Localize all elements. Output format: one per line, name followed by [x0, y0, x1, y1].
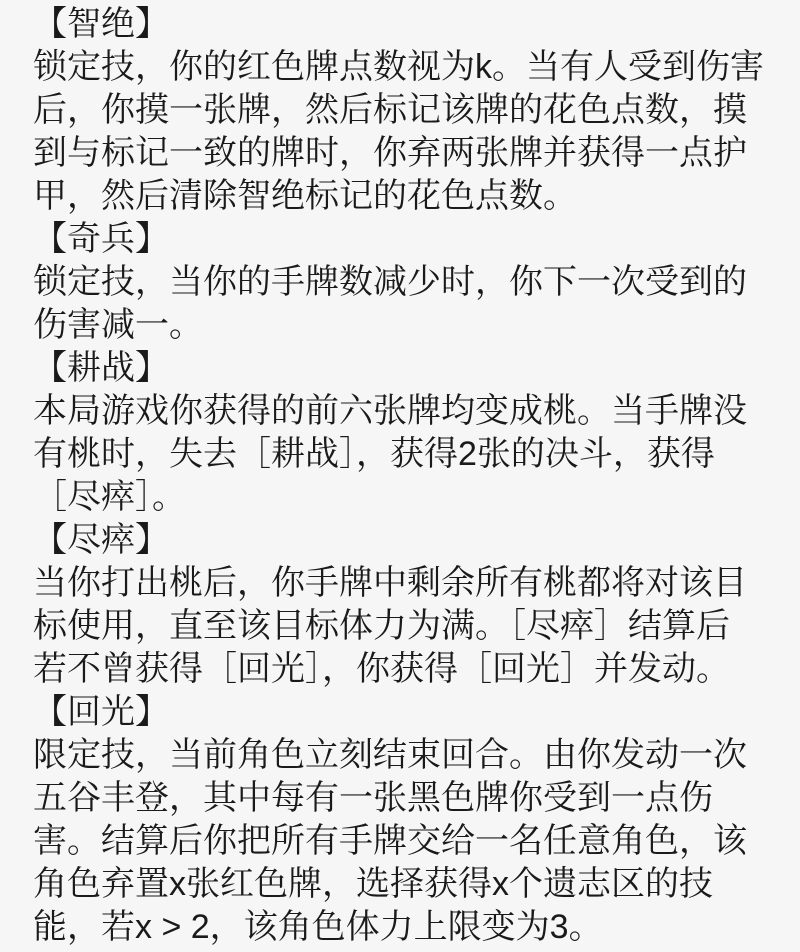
skill-title: 【奇兵】 [33, 218, 774, 261]
text-line: 伤害减一。 [33, 304, 774, 347]
text-line: 角色弃置x张红色牌，选择获得x个遗志区的技 [33, 863, 774, 906]
skill-title: 【智绝】 [33, 3, 774, 46]
text-line: 能，若x > 2，该角色体力上限变为3。 [33, 906, 774, 949]
skill-title: 【尽瘁】 [33, 519, 774, 562]
skill-section-zhijue: 【智绝】 锁定技，你的红色牌点数视为k。当有人受到伤害 后，你摸一张牌，然后标记… [33, 3, 774, 218]
text-line: 甲，然后清除智绝标记的花色点数。 [33, 175, 774, 218]
skill-section-qibing: 【奇兵】 锁定技，当你的手牌数减少时，你下一次受到的 伤害减一。 [33, 218, 774, 347]
text-line: 限定技，当前角色立刻结束回合。由你发动一次 [33, 734, 774, 777]
text-line: 本局游戏你获得的前六张牌均变成桃。当手牌没 [33, 390, 774, 433]
skill-section-jincui: 【尽瘁】 当你打出桃后，你手牌中剩余所有桃都将对该目 标使用，直至该目标体力为满… [33, 519, 774, 691]
text-line: 五谷丰登，其中每有一张黑色牌你受到一点伤 [33, 777, 774, 820]
text-line: 后，你摸一张牌，然后标记该牌的花色点数，摸 [33, 89, 774, 132]
skill-section-gengzhan: 【耕战】 本局游戏你获得的前六张牌均变成桃。当手牌没 有桃时，失去［耕战］，获得… [33, 347, 774, 519]
text-line: 锁定技，当你的手牌数减少时，你下一次受到的 [33, 261, 774, 304]
text-line: 有桃时，失去［耕战］，获得2张的决斗，获得 [33, 433, 774, 476]
text-line: 锁定技，你的红色牌点数视为k。当有人受到伤害 [33, 46, 774, 89]
text-line: 标使用，直至该目标体力为满。［尽瘁］结算后 [33, 605, 774, 648]
skill-title: 【耕战】 [33, 347, 774, 390]
skill-description-page: 【智绝】 锁定技，你的红色牌点数视为k。当有人受到伤害 后，你摸一张牌，然后标记… [0, 0, 800, 952]
text-line: 当你打出桃后，你手牌中剩余所有桃都将对该目 [33, 562, 774, 605]
skill-section-huiguang: 【回光】 限定技，当前角色立刻结束回合。由你发动一次 五谷丰登，其中每有一张黑色… [33, 691, 774, 949]
text-line: ［尽瘁］。 [33, 476, 774, 519]
text-line: 害。结算后你把所有手牌交给一名任意角色，该 [33, 820, 774, 863]
skill-title: 【回光】 [33, 691, 774, 734]
text-line: 若不曾获得［回光］，你获得［回光］并发动。 [33, 648, 774, 691]
text-line: 到与标记一致的牌时，你弃两张牌并获得一点护 [33, 132, 774, 175]
